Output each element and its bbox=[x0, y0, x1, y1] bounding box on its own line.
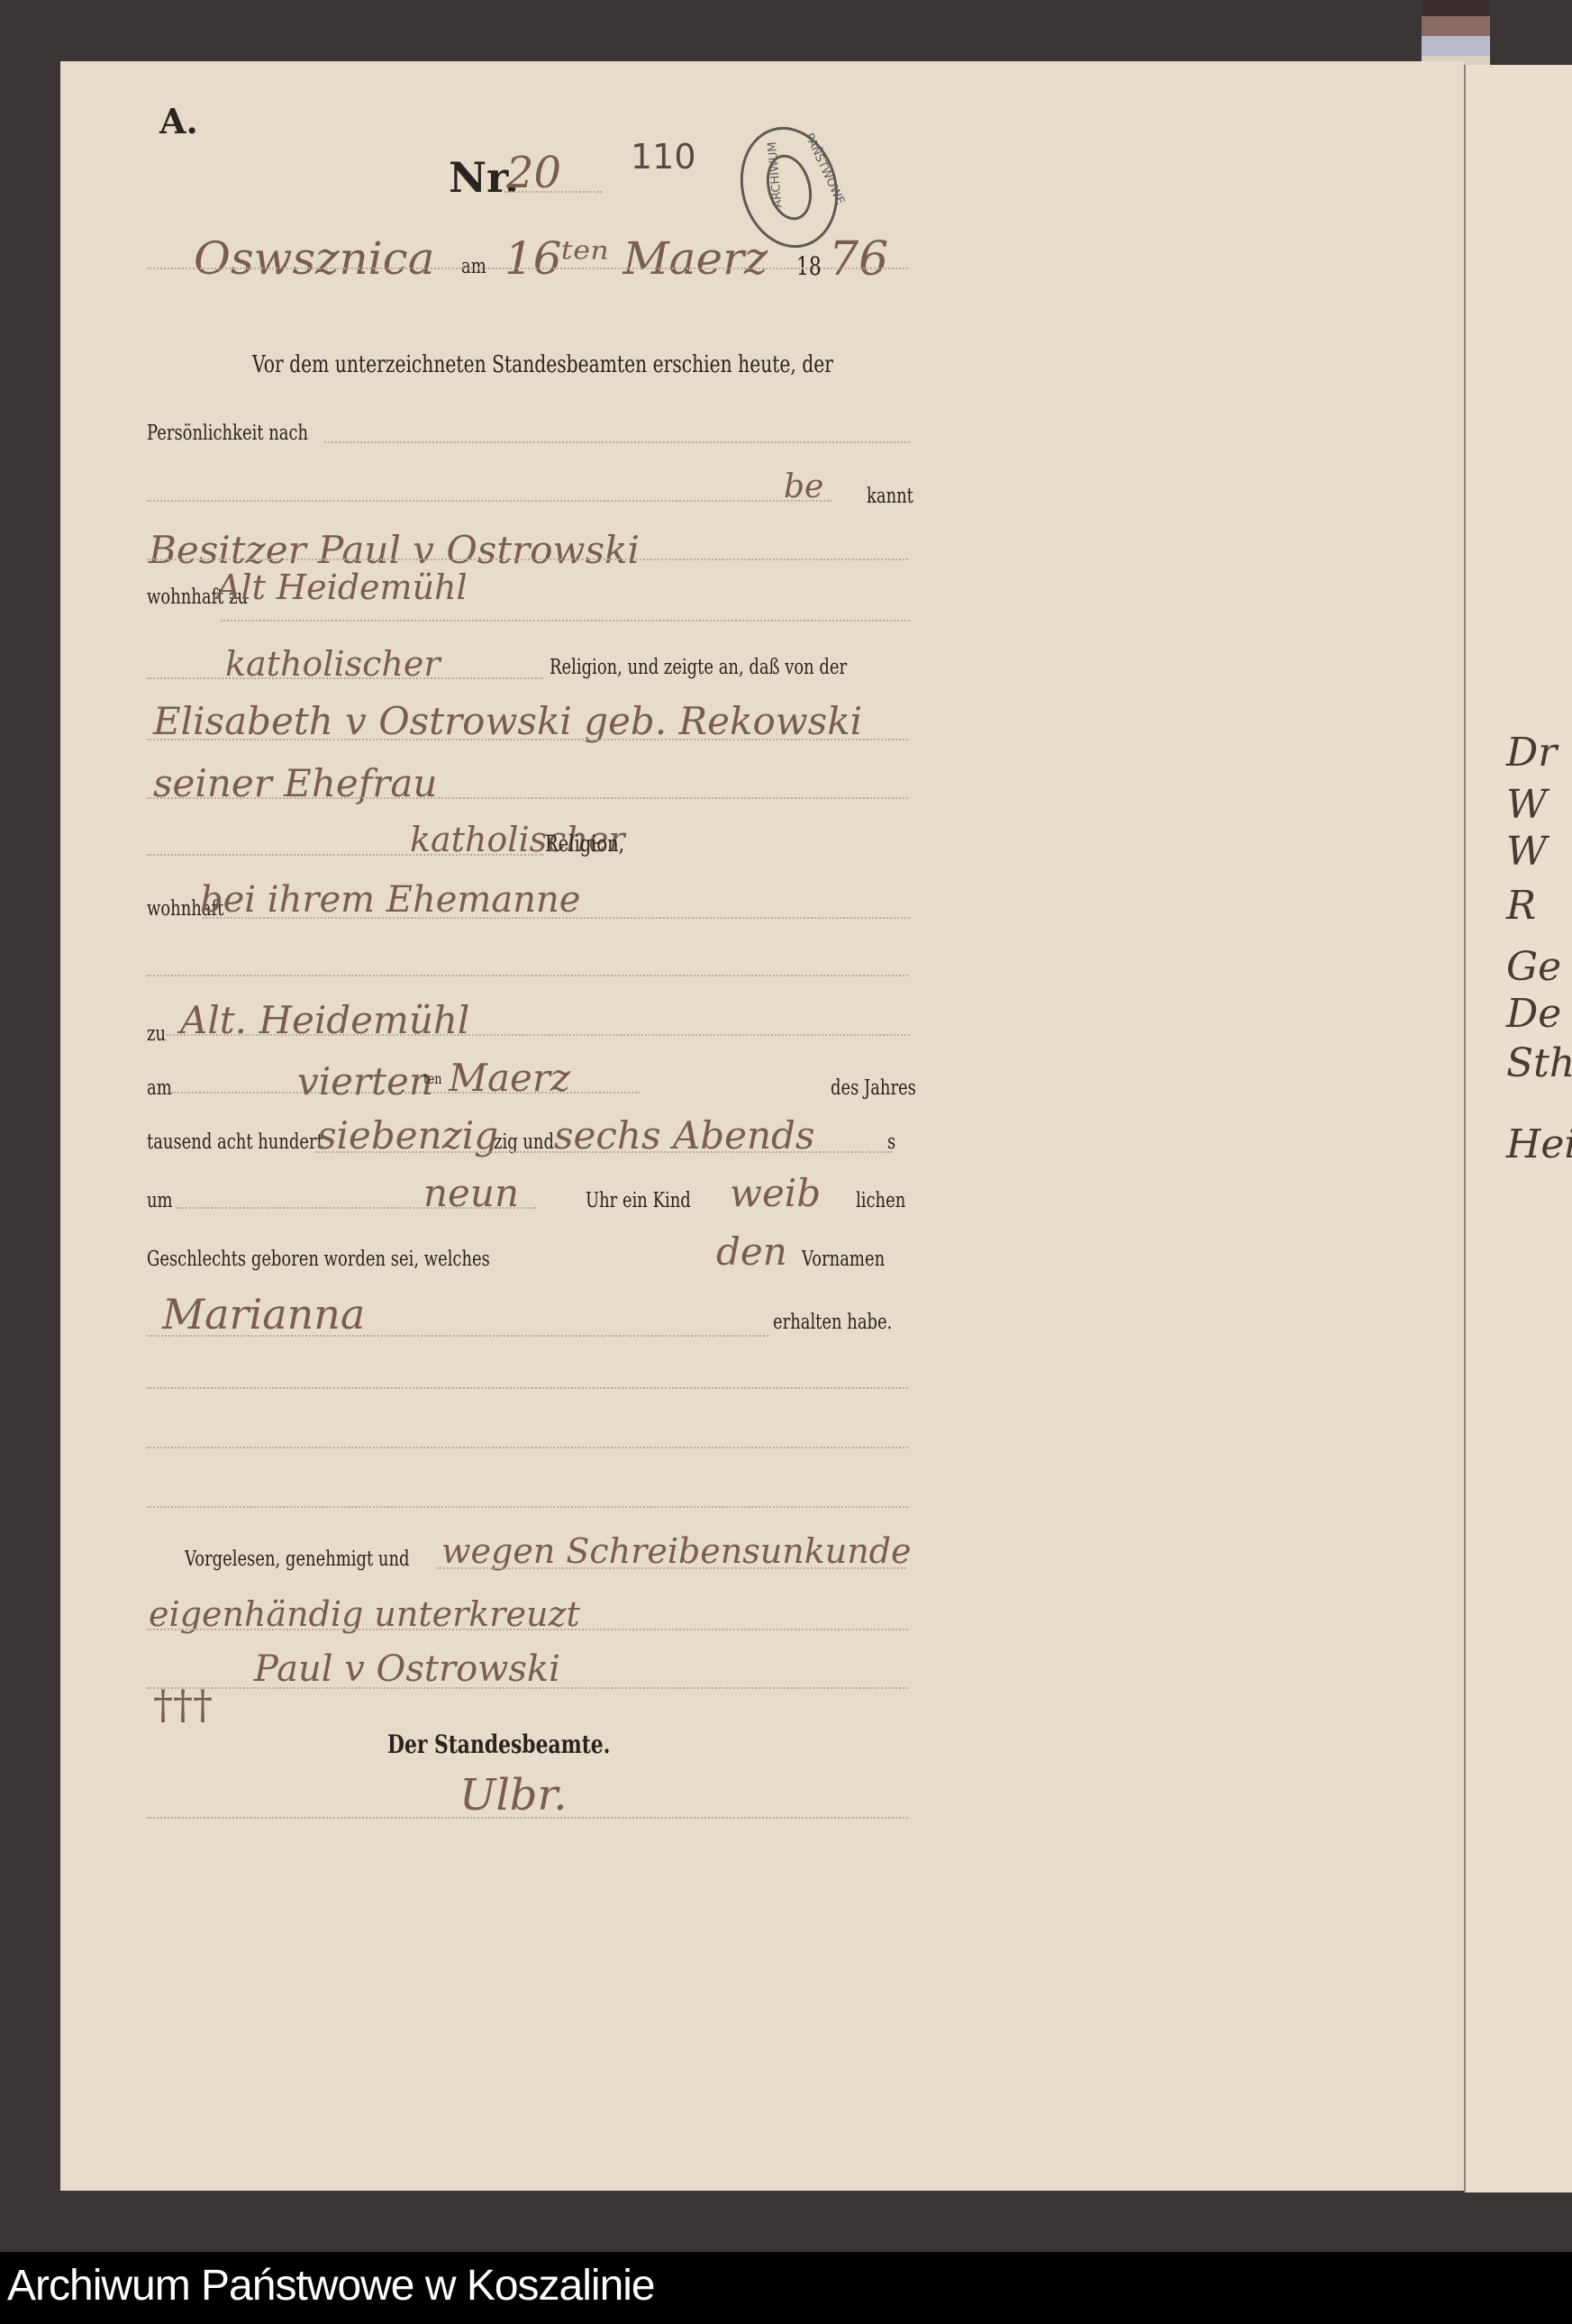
mother-religion-label: Religion, bbox=[545, 831, 624, 857]
zu-label: zu bbox=[147, 1022, 166, 1046]
day-handwritten: vierten bbox=[297, 1059, 433, 1103]
day-suffix: ten bbox=[423, 1070, 441, 1087]
rule bbox=[147, 975, 908, 976]
official-label: Der Standesbeamte. bbox=[387, 1729, 610, 1759]
den-handwritten: den bbox=[716, 1230, 787, 1274]
background-binding-strip bbox=[1422, 0, 1490, 65]
year-printed: 18 bbox=[796, 251, 822, 281]
vornamen-label: Vornamen bbox=[802, 1248, 885, 1271]
read-handwritten-1: wegen Schreibensunkunde bbox=[441, 1531, 912, 1571]
footer-banner: Archiwum Państwowe w Koszalinie bbox=[0, 2252, 1572, 2324]
rule bbox=[147, 1687, 908, 1689]
rule bbox=[315, 1151, 892, 1153]
month-handwritten: Maerz bbox=[449, 1056, 570, 1100]
year-label: des Jahres bbox=[831, 1076, 916, 1100]
archive-number: 110 bbox=[631, 137, 696, 177]
rule bbox=[221, 620, 910, 622]
rule bbox=[437, 1567, 905, 1569]
gender-label: Geschlechts geboren worden sei, welches bbox=[147, 1248, 490, 1271]
intro-text: Vor dem unterzeichneten Standesbeamten e… bbox=[252, 351, 833, 378]
section-letter: A. bbox=[159, 101, 198, 141]
read-label: Vorgelesen, genehmigt und bbox=[185, 1548, 409, 1571]
residence-handwritten: Alt Heidemühl bbox=[216, 567, 468, 607]
archive-name: Archiwum Państwowe w Koszalinie bbox=[7, 2261, 655, 2310]
official-signature: Ulbr. bbox=[459, 1770, 567, 1820]
facing-fragment: R bbox=[1506, 883, 1536, 929]
facing-fragment: W bbox=[1506, 829, 1547, 875]
rule bbox=[203, 917, 910, 919]
date-handwritten: 16ᵗᵉⁿ Maerz bbox=[504, 232, 768, 285]
date-prefix: am bbox=[461, 255, 486, 278]
rule bbox=[147, 268, 908, 269]
known-handwritten: be bbox=[784, 468, 823, 505]
thousand-label: tausend acht hundert bbox=[147, 1130, 323, 1154]
religion-text: Religion, und zeigte an, daß von der bbox=[550, 656, 847, 679]
rule bbox=[147, 739, 908, 740]
stamp-text-top: ARCHIWUM bbox=[766, 141, 785, 209]
rule bbox=[147, 500, 831, 502]
rule bbox=[147, 1447, 908, 1448]
place-handwritten: Oswsznica bbox=[194, 232, 434, 285]
received-label: erhalten habe. bbox=[773, 1311, 892, 1334]
child-name-handwritten: Marianna bbox=[162, 1290, 365, 1339]
rule bbox=[504, 191, 602, 193]
am-label: am bbox=[147, 1076, 172, 1100]
rule bbox=[147, 558, 908, 560]
rule bbox=[147, 1387, 908, 1389]
sex-handwritten: weib bbox=[730, 1171, 821, 1215]
rule bbox=[147, 797, 908, 799]
uhr-label: Uhr ein Kind bbox=[586, 1189, 691, 1212]
rule bbox=[167, 1034, 910, 1036]
facing-fragment: Dr bbox=[1506, 730, 1557, 776]
identity-label: Persönlichkeit nach bbox=[147, 422, 308, 445]
rule bbox=[147, 677, 543, 679]
rule bbox=[147, 1506, 908, 1508]
year-handwritten: 76 bbox=[829, 232, 888, 286]
facing-fragment: Sth bbox=[1506, 1040, 1572, 1086]
hour-handwritten: neun bbox=[423, 1171, 519, 1215]
rule bbox=[147, 1817, 908, 1819]
facing-fragment: De bbox=[1506, 991, 1561, 1037]
rule bbox=[147, 1335, 768, 1337]
informant-handwritten: Besitzer Paul v Ostrowski bbox=[149, 528, 640, 572]
known-label: kannt bbox=[867, 485, 913, 508]
mother-residence-handwritten: bei ihrem Ehemanne bbox=[200, 879, 580, 921]
rule bbox=[324, 441, 910, 443]
facing-fragment: Ge bbox=[1506, 944, 1561, 990]
rule bbox=[147, 1629, 908, 1630]
um-label: um bbox=[147, 1189, 173, 1212]
sex-suffix: lichen bbox=[856, 1189, 905, 1212]
mother-handwritten: Elisabeth v Ostrowski geb. Rekowski bbox=[153, 699, 862, 743]
facing-fragment: Hei bbox=[1506, 1121, 1572, 1167]
facing-fragment: W bbox=[1506, 782, 1547, 828]
rule bbox=[147, 854, 543, 856]
informant-signature: Paul v Ostrowski bbox=[254, 1648, 560, 1690]
crosses-mark: ††† bbox=[153, 1683, 213, 1729]
